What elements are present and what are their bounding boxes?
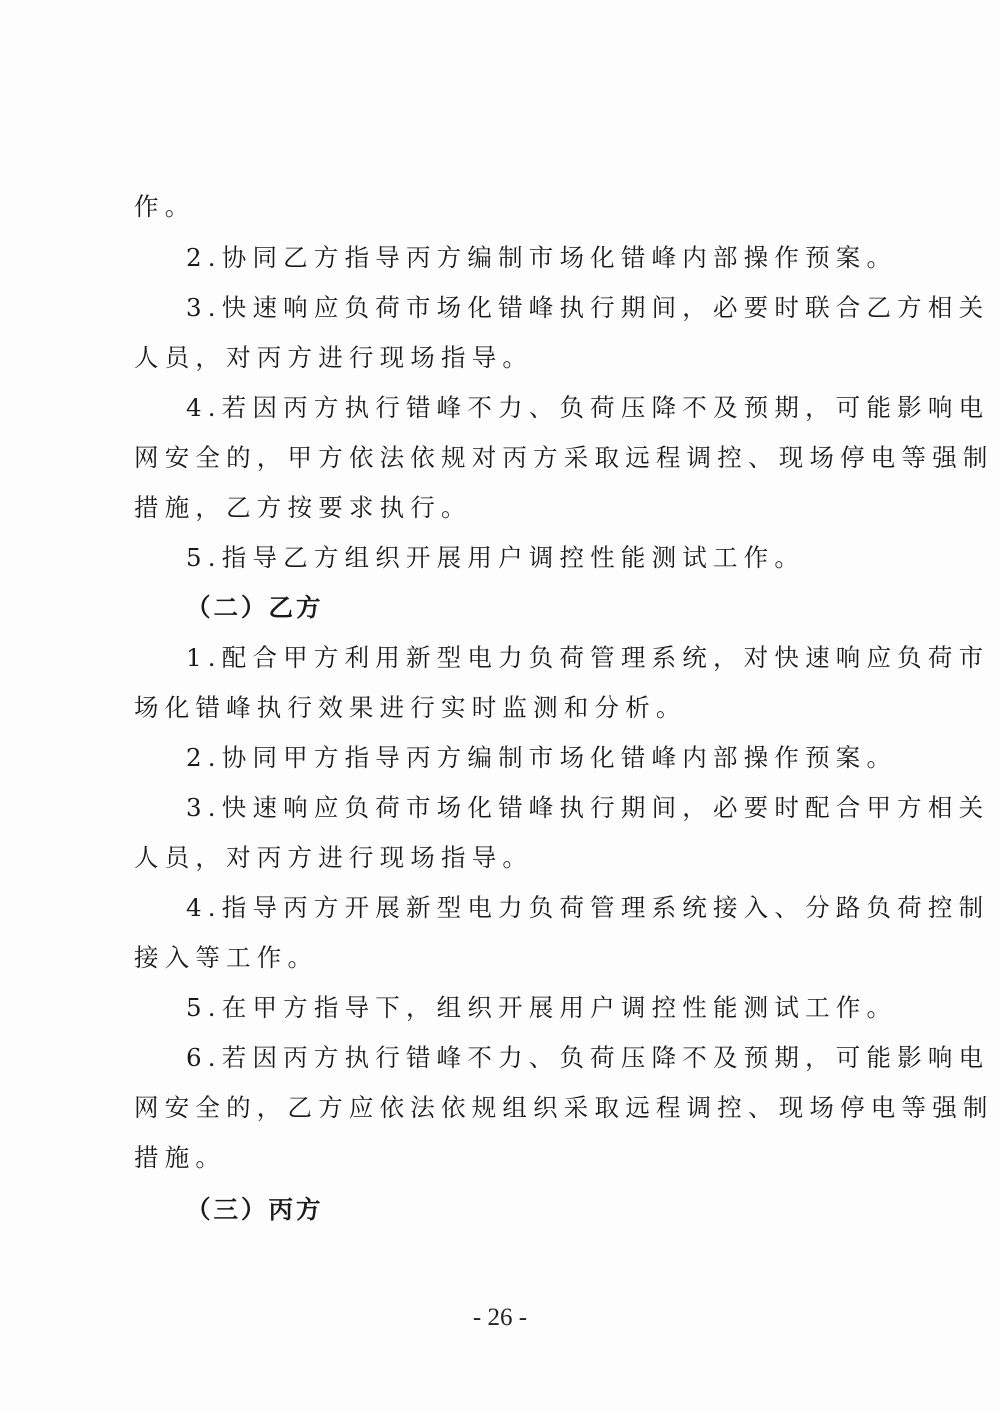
text-line: 3.快速响应负荷市场化错峰执行期间，必要时联合乙方相关 [186, 292, 931, 324]
text-line: 网安全的，乙方应依法依规组织采取远程调控、现场停电等强制 [134, 1092, 879, 1124]
text-line: 5.在甲方指导下，组织开展用户调控性能测试工作。 [186, 992, 931, 1024]
text-line: 场化错峰执行效果进行实时监测和分析。 [134, 692, 879, 724]
text-line: 3.快速响应负荷市场化错峰执行期间，必要时配合甲方相关 [186, 792, 931, 824]
text-line: 人员，对丙方进行现场指导。 [134, 342, 879, 374]
section-heading-party-c: （三）丙方 [186, 1194, 931, 1226]
page-number: - 26 - [0, 1304, 1000, 1332]
text-line: 4.指导丙方开展新型电力负荷管理系统接入、分路负荷控制 [186, 892, 931, 924]
section-heading-party-b: （二）乙方 [186, 592, 931, 624]
text-line: 作。 [134, 191, 879, 223]
text-line: 2.协同乙方指导丙方编制市场化错峰内部操作预案。 [186, 242, 931, 274]
text-line: 网安全的，甲方依法依规对丙方采取远程调控、现场停电等强制 [134, 442, 879, 474]
text-line: 接入等工作。 [134, 942, 879, 974]
text-line: 6.若因丙方执行错峰不力、负荷压降不及预期，可能影响电 [186, 1042, 931, 1074]
text-line: 措施。 [134, 1142, 879, 1174]
document-page: 作。 2.协同乙方指导丙方编制市场化错峰内部操作预案。 3.快速响应负荷市场化错… [0, 0, 1000, 1414]
text-line: 5.指导乙方组织开展用户调控性能测试工作。 [186, 542, 931, 574]
text-line: 人员，对丙方进行现场指导。 [134, 842, 879, 874]
text-line: 2.协同甲方指导丙方编制市场化错峰内部操作预案。 [186, 742, 931, 774]
text-line: 1.配合甲方利用新型电力负荷管理系统，对快速响应负荷市 [186, 642, 931, 674]
text-line: 4.若因丙方执行错峰不力、负荷压降不及预期，可能影响电 [186, 392, 931, 424]
text-line: 措施，乙方按要求执行。 [134, 492, 879, 524]
